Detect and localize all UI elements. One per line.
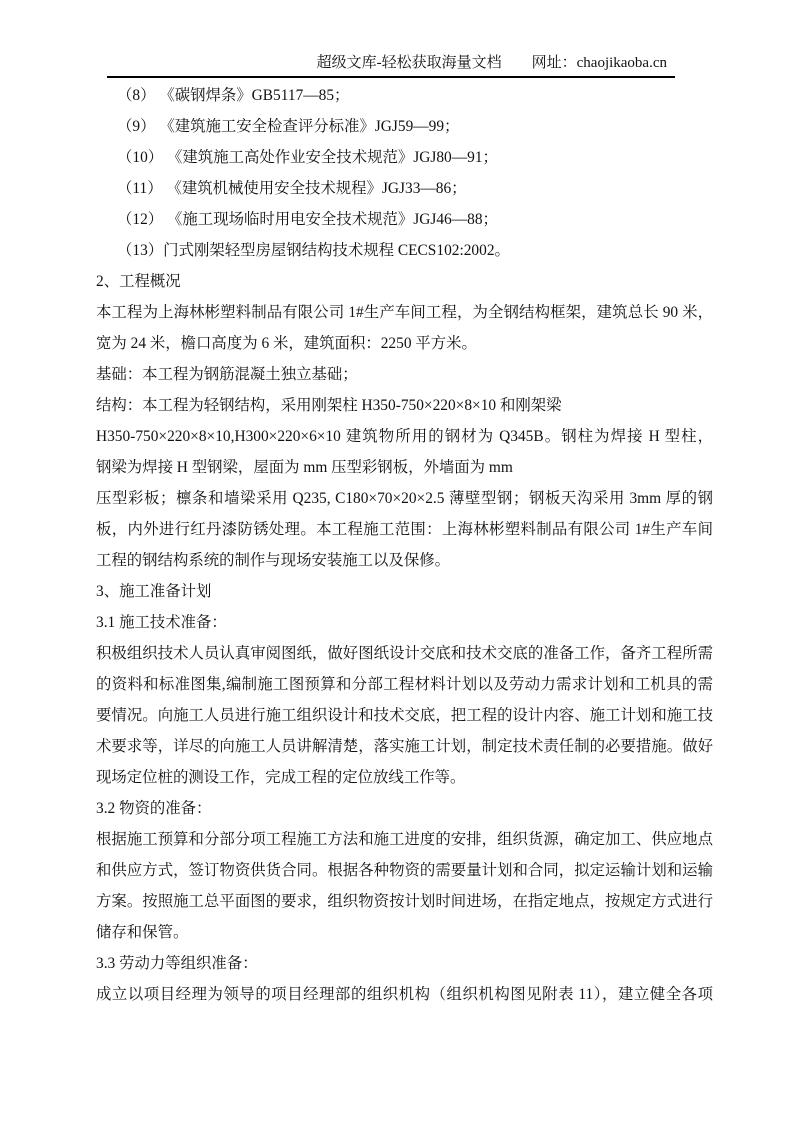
text-line: 3.3 劳动力等组织准备：	[96, 948, 713, 979]
text-line: 根据施工预算和分部分项工程施工方法和施工进度的安排，组织货源，确定加工、供应地点	[96, 824, 713, 855]
text-line: 钢梁为焊接 H 型钢梁，屋面为 mm 压型彩钢板，外墙面为 mm	[96, 452, 713, 483]
text-line: 储存和保管。	[96, 917, 713, 948]
header-site-link[interactable]: 网址：chaojikaoba.cn	[532, 55, 667, 71]
text-line: 结构：本工程为轻钢结构，采用刚架柱 H350-750×220×8×10 和刚架梁	[96, 390, 713, 421]
text-line: 和供应方式，签订物资供货合同。根据各种物资的需要量计划和合同，拟定运输计划和运输	[96, 855, 713, 886]
text-line: 3.2 物资的准备：	[96, 793, 713, 824]
page-header: 超级文库-轻松获取海量文档网址：chaojikaoba.cn	[317, 54, 667, 73]
text-line: 方案。按照施工总平面图的要求，组织物资按计划时间进场，在指定地点，按规定方式进行	[96, 886, 713, 917]
text-line: H350-750×220×8×10,H300×220×6×10 建筑物所用的钢材…	[96, 421, 713, 452]
text-line: 3.1 施工技术准备：	[96, 607, 713, 638]
text-line: 压型彩板；檩条和墙梁采用 Q235, C180×70×20×2.5 薄壁型钢；钢…	[96, 483, 713, 514]
header-brand-text: 超级文库-轻松获取海量文档	[317, 55, 502, 71]
text-line: 宽为 24 米，檐口高度为 6 米，建筑面积：2250 平方米。	[96, 328, 713, 359]
text-line: 术要求等，详尽的向施工人员讲解清楚，落实施工计划，制定技术责任制的必要措施。做好	[96, 731, 713, 762]
document-body: （8） 《碳钢焊条》GB5117—85；（9） 《建筑施工安全检查评分标准》JG…	[96, 80, 713, 1010]
text-line: 基础：本工程为钢筋混凝土独立基础；	[96, 359, 713, 390]
text-line: 3、施工准备计划	[96, 576, 713, 607]
text-line: 工程的钢结构系统的制作与现场安装施工以及保修。	[96, 545, 713, 576]
text-line: 要情况。向施工人员进行施工组织设计和技术交底，把工程的设计内容、施工计划和施工技	[96, 700, 713, 731]
text-line: 成立以项目经理为领导的项目经理部的组织机构（组织机构图见附表 11），建立健全各…	[96, 979, 713, 1010]
text-line: 板，内外进行红丹漆防锈处理。本工程施工范围：上海林彬塑料制品有限公司 1#生产车…	[96, 514, 713, 545]
text-line: （10） 《建筑施工高处作业安全技术规范》JGJ80—91；	[96, 142, 713, 173]
text-line: 积极组织技术人员认真审阅图纸，做好图纸设计交底和技术交底的准备工作，备齐工程所需	[96, 638, 713, 669]
header-divider	[107, 76, 675, 78]
text-line: （9） 《建筑施工安全检查评分标准》JGJ59—99；	[96, 111, 713, 142]
text-line: （13）门式刚架轻型房屋钢结构技术规程 CECS102:2002。	[96, 235, 713, 266]
text-line: （12） 《施工现场临时用电安全技术规范》JGJ46—88；	[96, 204, 713, 235]
document-page: 超级文库-轻松获取海量文档网址：chaojikaoba.cn （8） 《碳钢焊条…	[0, 0, 793, 1122]
text-line: （11） 《建筑机械使用安全技术规程》JGJ33—86；	[96, 173, 713, 204]
text-line: （8） 《碳钢焊条》GB5117—85；	[96, 80, 713, 111]
text-line: 的资料和标准图集,编制施工图预算和分部工程材料计划以及劳动力需求计划和工机具的需	[96, 669, 713, 700]
text-line: 2、工程概况	[96, 266, 713, 297]
text-line: 现场定位桩的测设工作，完成工程的定位放线工作等。	[96, 762, 713, 793]
text-line: 本工程为上海林彬塑料制品有限公司 1#生产车间工程，为全钢结构框架，建筑总长 9…	[96, 297, 713, 328]
